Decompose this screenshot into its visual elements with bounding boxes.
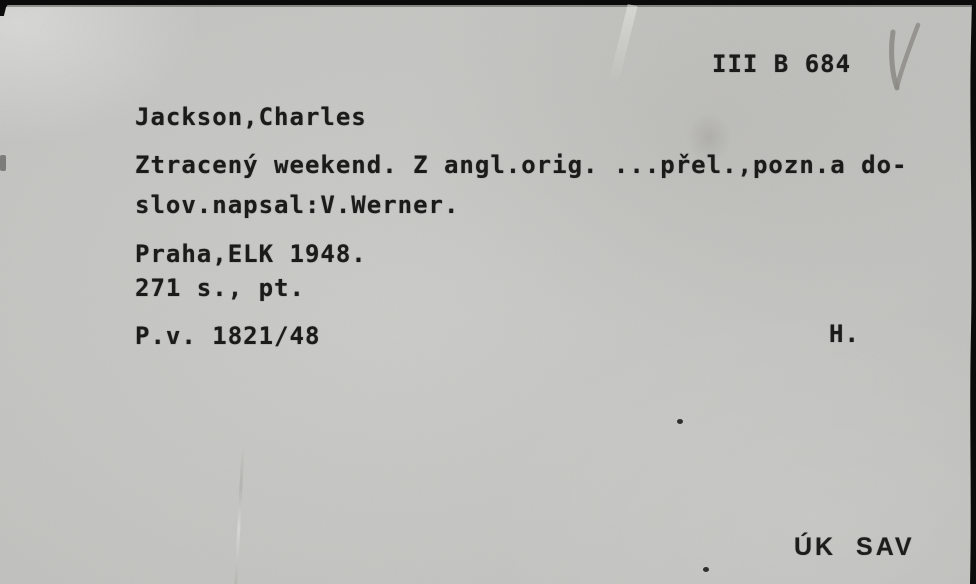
cataloguer-initial: H. (829, 322, 860, 346)
edge-mark (0, 155, 6, 171)
paper-scuff (608, 4, 637, 84)
imprint-line: Praha,ELK 1948. (135, 242, 367, 266)
library-stamp: ÚK SAV (794, 533, 915, 562)
catalog-card-scan: III B 684 Jackson,Charles Ztracený weeke… (0, 0, 976, 584)
pencil-check-icon (880, 18, 940, 108)
author-heading: Jackson,Charles (135, 105, 367, 129)
paper-crease (234, 445, 244, 584)
scan-edge-top (0, 0, 976, 5)
scan-edge-right (966, 0, 976, 584)
title-line-2: slov.napsal:V.Werner. (135, 193, 459, 217)
ink-speck (703, 567, 709, 572)
ink-speck (677, 419, 683, 424)
title-line-1: Ztracený weekend. Z angl.orig. ...přel.,… (135, 153, 907, 177)
collation-line: 271 s., pt. (135, 276, 305, 300)
call-number: III B 684 (712, 52, 851, 76)
accession-number: P.v. 1821/48 (135, 324, 320, 348)
